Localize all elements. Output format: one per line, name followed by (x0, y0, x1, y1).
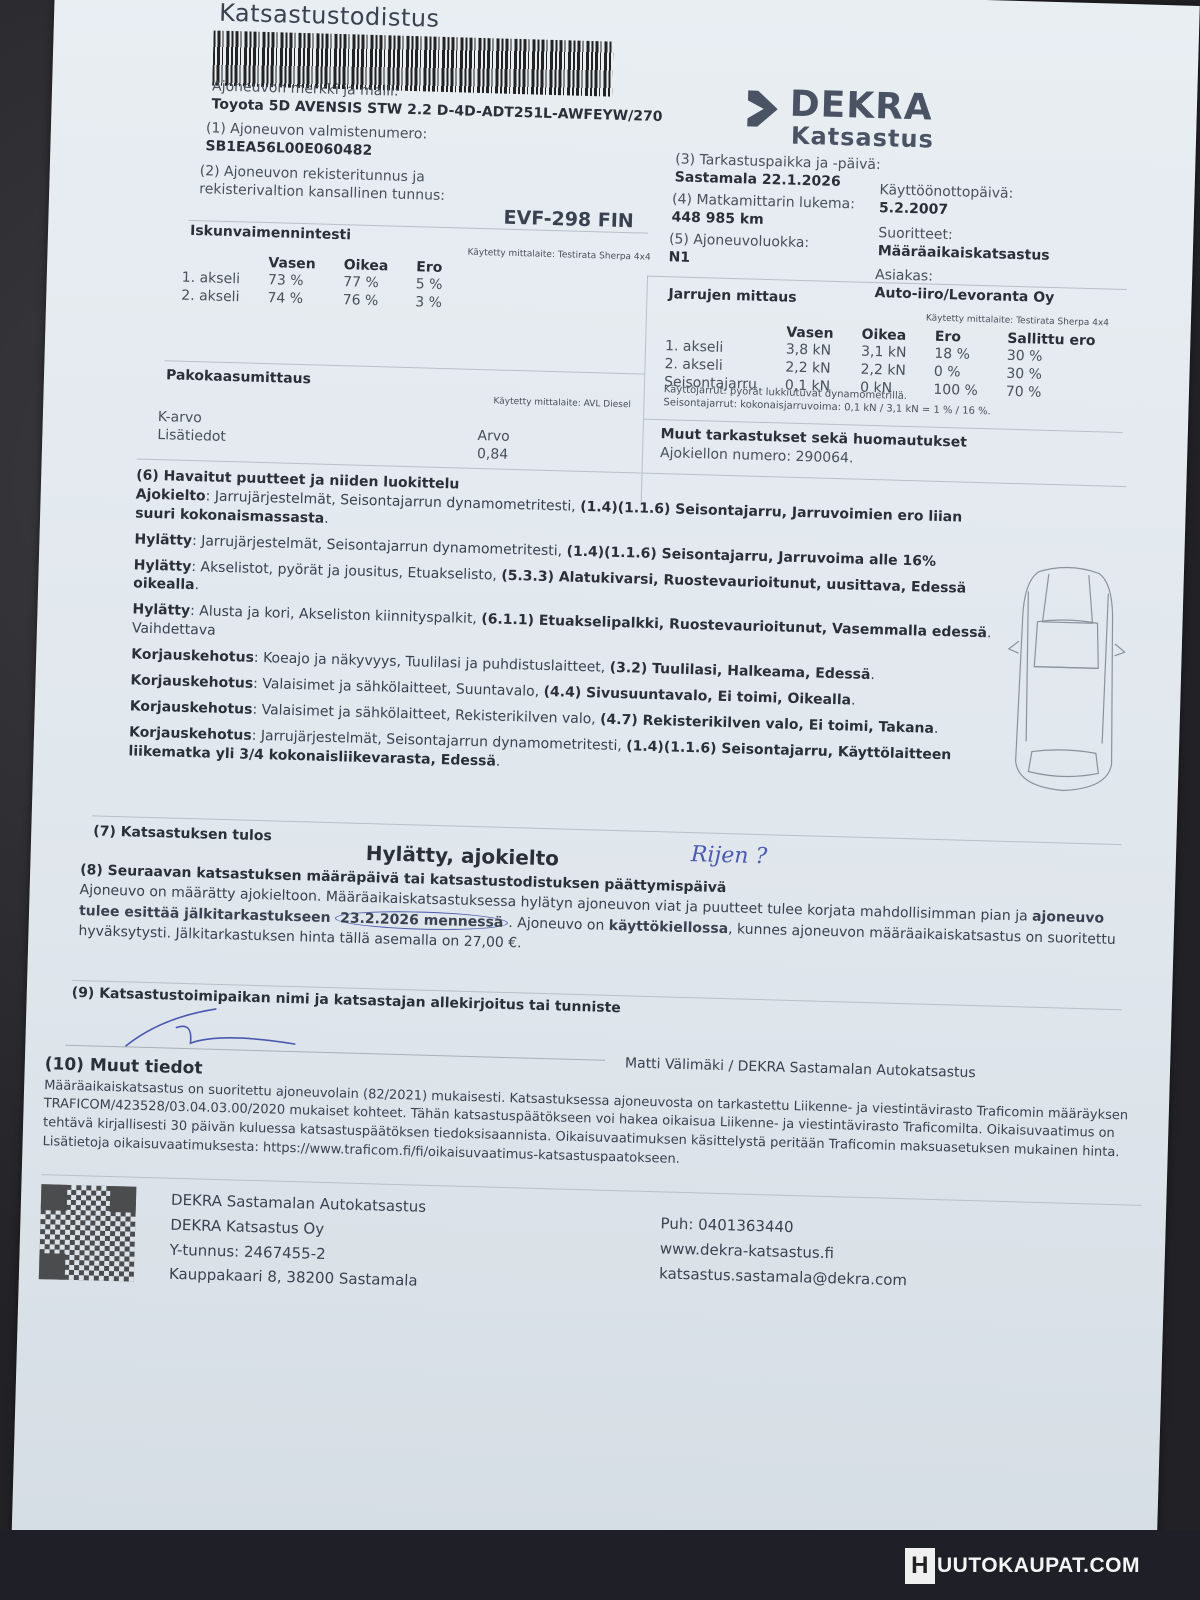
other-info-section: (10) Muut tiedot Määräaikaiskatsastus on… (42, 1052, 1144, 1183)
watermark-logo-icon: H (905, 1548, 935, 1584)
table-cell: 2,2 kN (785, 359, 861, 379)
table-cell: 3,1 kN (861, 343, 935, 363)
performed-field: Suoritteet: Määräaikaiskatsastus (878, 225, 1051, 265)
result-value: Hylätty, ajokielto (365, 841, 559, 870)
shock-test-table: VasenOikeaEro1. akseli73 %77 %5 %2. akse… (181, 253, 471, 313)
table-cell: 73 % (268, 271, 344, 291)
other-checks-text: Ajokiellon numero: 290064. (660, 445, 854, 468)
shock-test-title: Iskunvaimennintesti (190, 223, 351, 243)
document-title: Katsastustodistus (219, 0, 440, 33)
first-use-field: Käyttöönottopäivä: 5.2.2007 (879, 182, 1014, 221)
handwritten-note: Rijen ? (691, 842, 768, 869)
result-label: (7) Katsastuksen tulos (93, 823, 272, 844)
customer-value: Auto-iiro/Levoranta Oy (874, 285, 1054, 308)
defects-list: Ajokielto: Jarrujärjestelmät, Seisontaja… (128, 485, 1005, 785)
brand-subtitle: Katsastus (791, 122, 935, 154)
performed-value: Määräaikaiskatsastus (878, 243, 1050, 265)
table-cell: 3 % (415, 293, 470, 313)
table-cell: 76 % (342, 291, 415, 311)
brake-test-title: Jarrujen mittaus (668, 286, 796, 306)
table-header: Ero (416, 259, 471, 277)
watermark-text: UUTOKAUPAT.COM (937, 1554, 1140, 1578)
table-cell: 77 % (343, 273, 416, 293)
company-info: DEKRA Sastamalan AutokatsastusDEKRA Kats… (169, 1188, 427, 1294)
deadline-date: 23.2.2026 mennessä (335, 909, 509, 932)
exhaust-test-device: Käytetty mittalaite: AVL Diesel (493, 396, 631, 410)
table-cell: 74 % (267, 289, 343, 309)
dekra-arrow-icon (741, 88, 782, 129)
inspection-certificate: Katsastustodistus DEKRA Katsastus Ajoneu… (12, 0, 1200, 1565)
car-diagram-icon (1003, 561, 1129, 794)
table-cell: 1. akseli (182, 269, 269, 290)
exhaust-value: Arvo 0,84 (477, 428, 510, 464)
brake-test-device: Käytetty mittalaite: Testirata Sherpa 4x… (926, 313, 1109, 328)
table-cell: 5 % (416, 275, 471, 295)
table-cell: 2. akseli (181, 287, 268, 308)
table-cell: 70 % (1006, 383, 1123, 404)
exhaust-test-title: Pakokaasumittaus (166, 367, 311, 387)
next-inspection-section: (8) Seuraavan katsastuksen määräpäivä ta… (78, 860, 1140, 971)
vin-field: (1) Ajoneuvon valmistenumero: SB1EA56L00… (205, 120, 427, 161)
table-cell: 2,2 kN (860, 361, 934, 381)
contact-info: Puh: 0401363440www.dekra-katsastus.fikat… (659, 1211, 909, 1292)
odometer-field: (4) Matkamittarin lukema: 448 985 km (671, 191, 855, 231)
watermark: H UUTOKAUPAT.COM (905, 1548, 1140, 1584)
k-value-label: K-arvo Lisätiedot (157, 409, 226, 446)
divider (641, 276, 648, 506)
table-cell: 18 % (934, 345, 1007, 365)
inspection-place-field: (3) Tarkastuspaikka ja -päivä: Sastamala… (675, 151, 881, 192)
defects-section: (6) Havaitut puutteet ja niiden luokitte… (128, 466, 1006, 792)
registration-field: (2) Ajoneuvon rekisteritunnus ja rekiste… (199, 163, 446, 205)
table-cell: 3,8 kN (786, 341, 862, 361)
shock-test-device: Käytetty mittalaite: Testirata Sherpa 4x… (467, 248, 650, 263)
table-cell: 0 % (934, 363, 1007, 383)
qr-code-icon (39, 1184, 137, 1282)
vehicle-class-field: (5) Ajoneuvoluokka: N1 (668, 231, 809, 270)
